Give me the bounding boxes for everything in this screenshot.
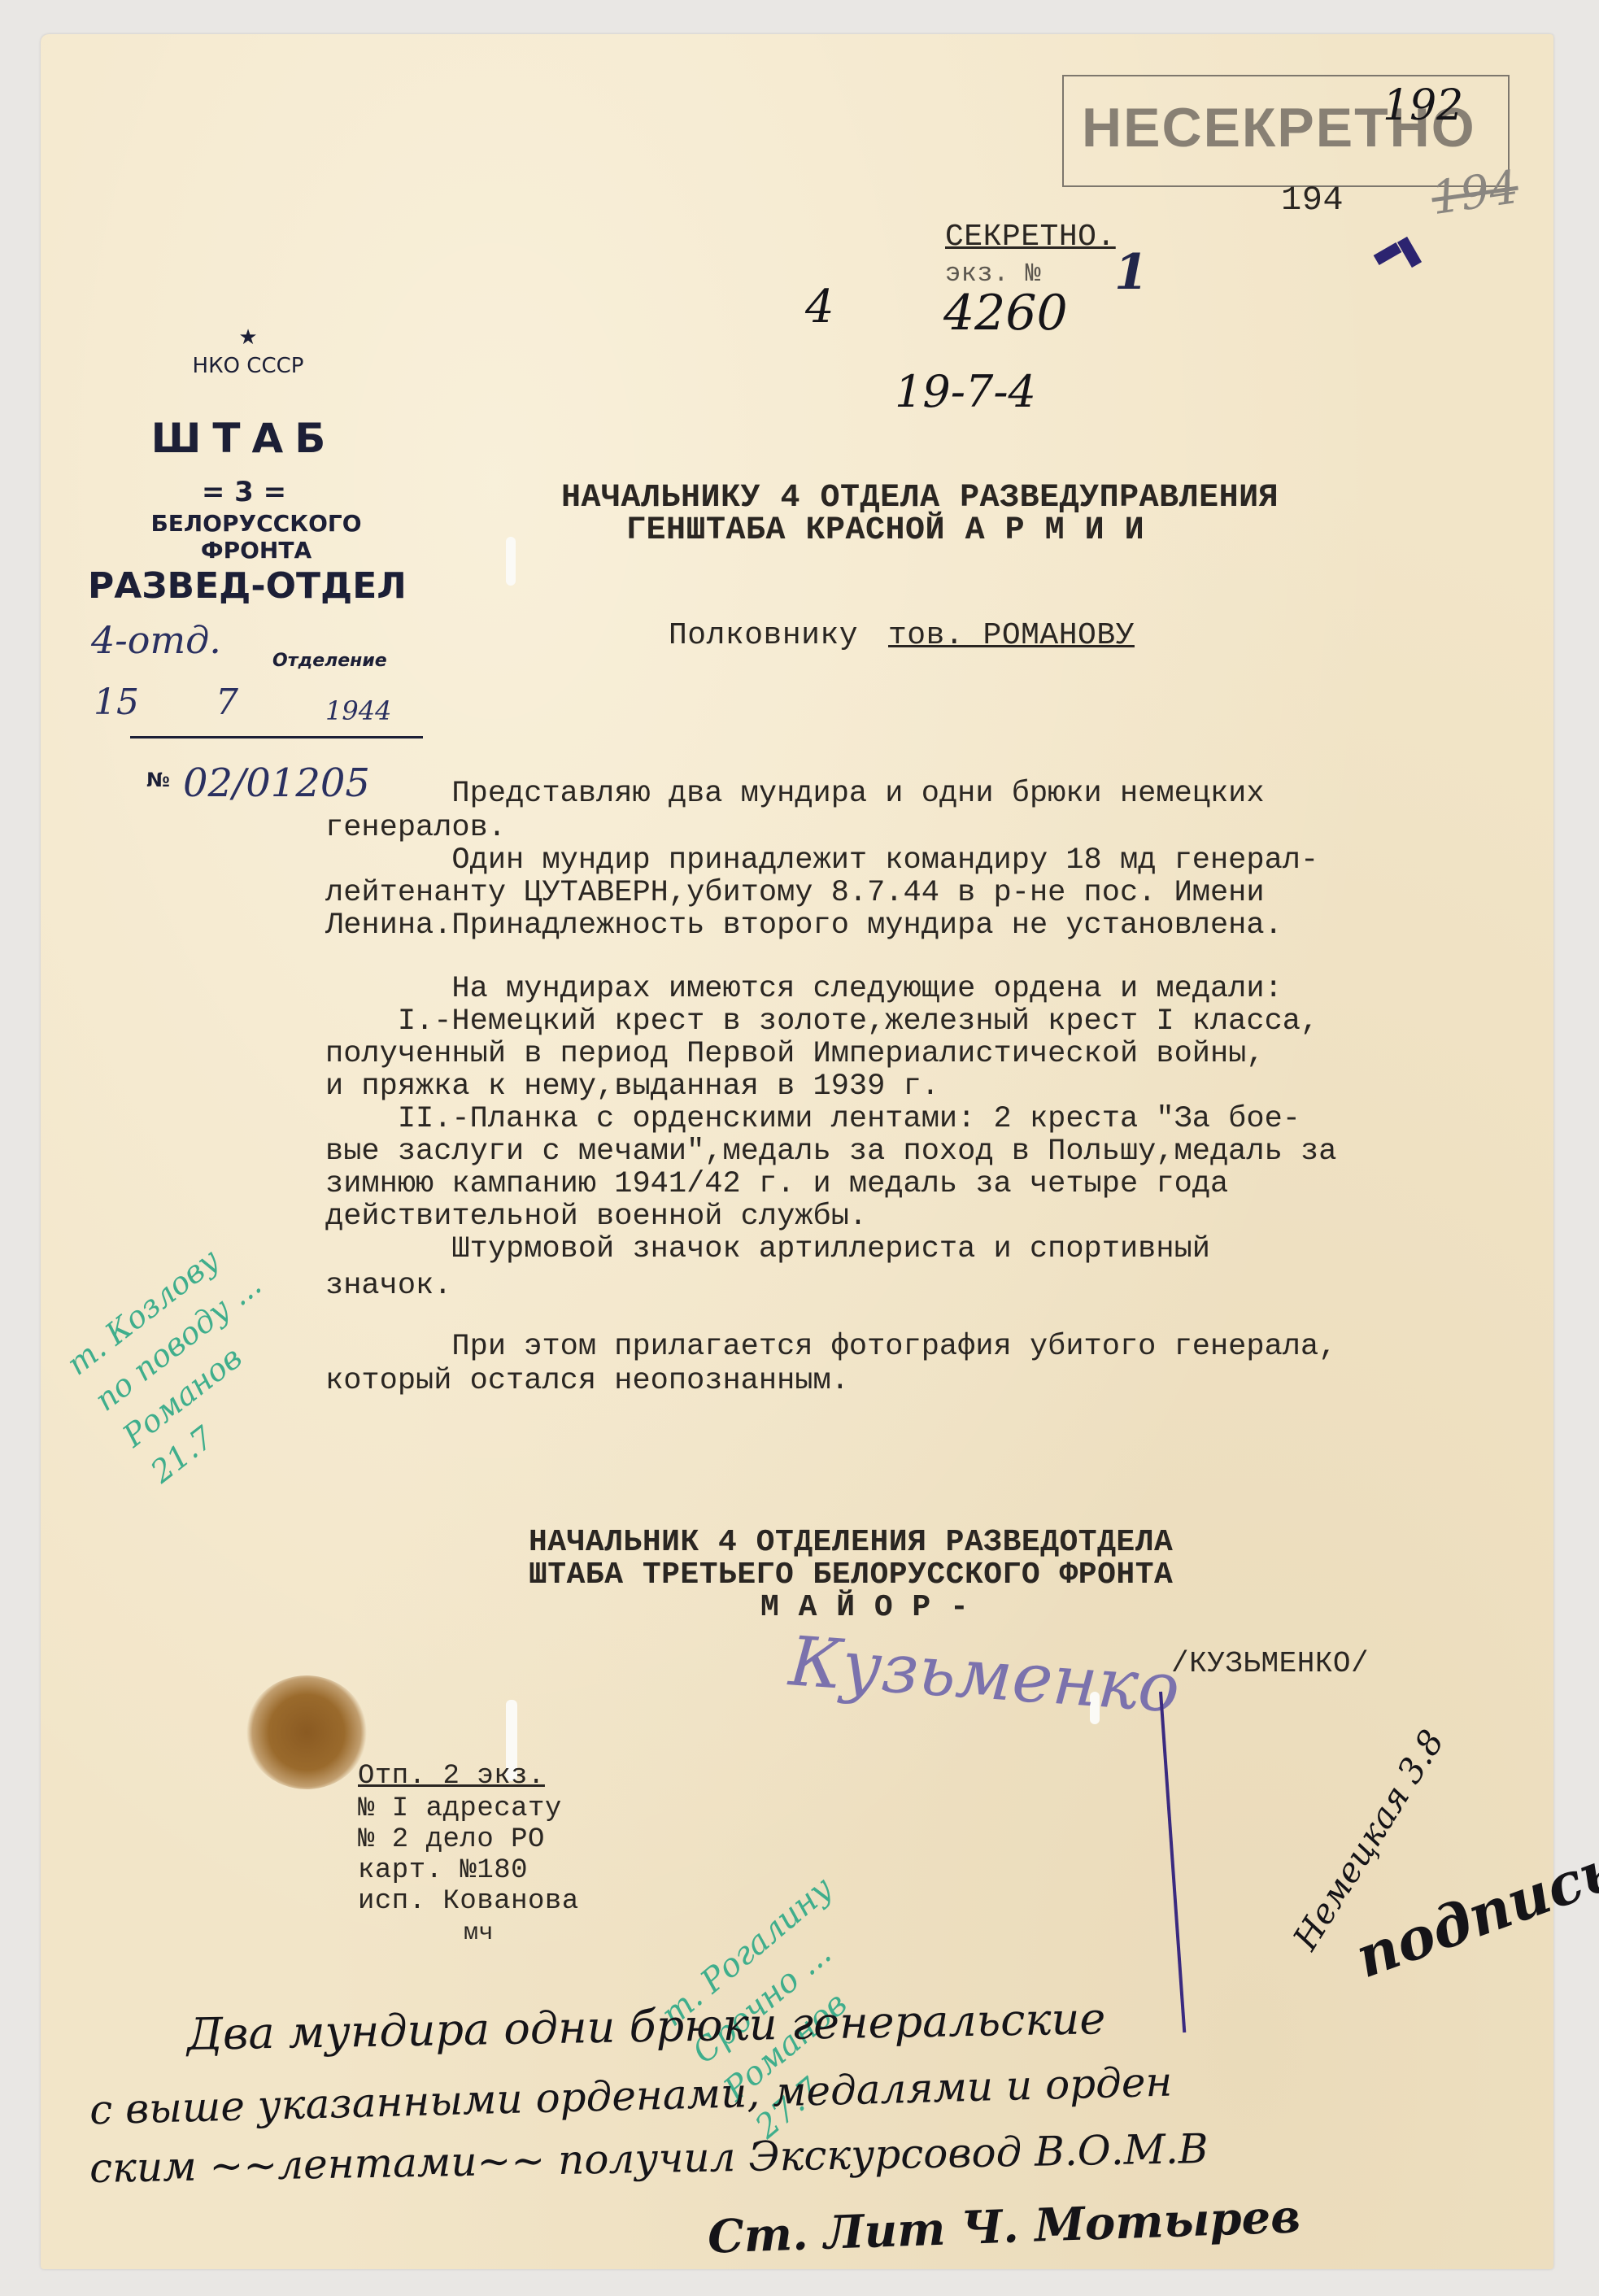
body-line: На мундирах имеются следующие ордена и м… — [325, 972, 1283, 1006]
distribution-line-4: карт. №180 — [358, 1855, 528, 1886]
star-icon: ★ — [163, 325, 333, 350]
staff-title: ШТАБ — [122, 415, 366, 462]
stamp-month: 7 — [216, 682, 238, 723]
body-line: лейтенанту ЦУТАВЕРН,убитому 8.7.44 в р-н… — [325, 876, 1265, 910]
stamp-year: 1944 — [325, 695, 391, 726]
copy-number: 1 — [1114, 244, 1148, 301]
body-line: полученный в период Первой Империалистич… — [325, 1037, 1265, 1071]
section-handwritten: 4-отд. — [91, 618, 221, 662]
body-line: Ленина.Принадлежность второго мундира не… — [325, 908, 1283, 943]
stamp-number-prefix: № — [146, 769, 170, 791]
page-number-typed: 194 — [1281, 181, 1344, 220]
body-line: Один мундир принадлежит командиру 18 мд … — [325, 843, 1318, 878]
body-line: генералов. — [325, 811, 506, 845]
body-line: который остался неопознанным. — [325, 1364, 849, 1398]
distribution-line-1: Отп. 2 экз. — [358, 1761, 545, 1792]
secrecy-label: СЕКРЕТНО. — [945, 220, 1116, 255]
body-line: вые заслуги с мечами",медаль за поход в … — [325, 1135, 1336, 1169]
signature-rank: М А Й О Р - — [760, 1590, 969, 1625]
distribution-line-3: № 2 дело РО — [358, 1824, 545, 1855]
body-line: При этом прилагается фотография убитого … — [325, 1330, 1336, 1364]
rust-stain — [246, 1675, 368, 1789]
stamp-day: 15 — [94, 682, 139, 723]
body-line: II.-Планка с орденскими лентами: 2 крест… — [325, 1102, 1301, 1136]
section-suffix: Отделение — [272, 651, 387, 671]
department-name: РАЗВЕД-ОТДЕЛ — [88, 565, 413, 607]
distribution-line-6: мч — [464, 1919, 494, 1947]
agency-label: НКО СССР — [163, 354, 333, 378]
incoming-date: 19-7-4 — [895, 366, 1036, 417]
salutation-prefix: Полковнику — [669, 618, 858, 653]
salutation-name: тов. РОМАНОВУ — [888, 618, 1135, 653]
distribution-line-5: исп. Кованова — [358, 1886, 579, 1917]
paper-tear — [506, 537, 516, 586]
incoming-number: 4260 — [943, 285, 1068, 342]
distribution-line-2: № I адресату — [358, 1793, 562, 1824]
incoming-prefix: 4 — [805, 281, 834, 333]
body-line: I.-Немецкий крест в золоте,железный крес… — [325, 1004, 1318, 1039]
signature-title-line-1: НАЧАЛЬНИК 4 ОТДЕЛЕНИЯ РАЗВЕДОТДЕЛА — [529, 1525, 1173, 1560]
body-line: Представляю два мундира и одни брюки нем… — [325, 777, 1265, 811]
stamp-underline — [130, 736, 423, 738]
signature-title-line-2: ШТАБА ТРЕТЬЕГО БЕЛОРУССКОГО ФРОНТА — [529, 1558, 1173, 1592]
signatory-name: /КУЗЬМЕНКО/ — [1171, 1647, 1369, 1680]
addressee-line-1: НАЧАЛЬНИКУ 4 ОТДЕЛА РАЗВЕДУПРАВЛЕНИЯ — [561, 480, 1279, 516]
addressee-line-2: ГЕНШТАБА КРАСНОЙ А Р М И И — [626, 512, 1144, 549]
body-line: и пряжка к нему,выданная в 1939 г. — [325, 1070, 939, 1104]
front-number: = 3 = — [122, 476, 366, 508]
page-number-handwritten-new: 192 — [1383, 81, 1463, 130]
front-name: БЕЛОРУССКОГО ФРОНТА — [106, 510, 407, 564]
